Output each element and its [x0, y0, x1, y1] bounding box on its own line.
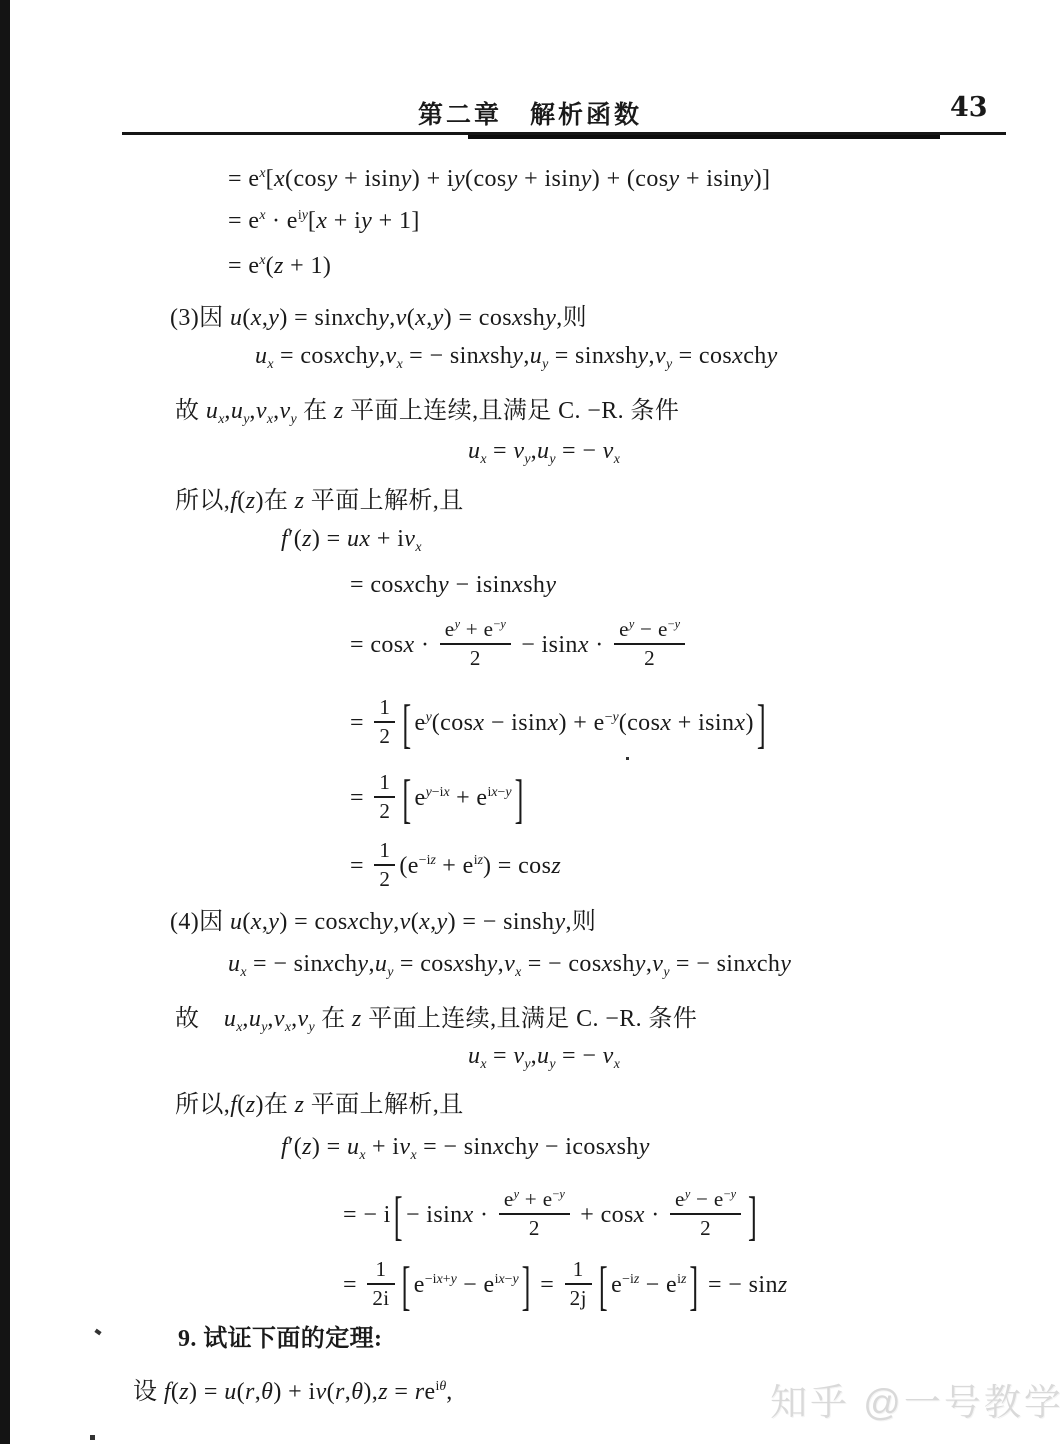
math-line-8: 所以,f(z)在 z 平面上解析,且 [175, 480, 464, 515]
math-line-22: = 12i[e−ix+y − eix−y] = 12j[e−iz − eiz] … [343, 1258, 788, 1309]
math-line-24: 设 f(z) = u(r,θ) + iv(r,θ),z = reiθ, [133, 1371, 453, 1406]
math-line-10: = cosxchy − isinxshy [350, 572, 556, 599]
scan-edge-strip [0, 0, 10, 1444]
scan-speck [626, 757, 629, 760]
math-line-3: = ex(z + 1) [228, 253, 331, 280]
math-line-11: = cosx · ey + e−y2 − isinx · ey − e−y2 [350, 618, 689, 669]
math-line-7: ux = vy,uy = − vx [468, 438, 620, 465]
math-line-19: 所以,f(z)在 z 平面上解析,且 [175, 1084, 464, 1119]
scanned-textbook-page: { "page": { "header": { "chapter_title":… [0, 0, 1060, 1444]
scan-speck [90, 1435, 95, 1440]
math-line-1: = ex[x(cosy + isiny) + iy(cosy + isiny) … [228, 166, 770, 193]
math-line-13: = 12[ey−ix + eix−y] [350, 771, 527, 822]
math-line-15: (4)因 u(x,y) = cosxchy,v(x,y) = − sinshy,… [170, 901, 596, 936]
chapter-heading: 第二章 解析函数 [0, 95, 1060, 131]
page-number: 43 [950, 92, 988, 123]
math-line-23: 9. 试证下面的定理: [178, 1318, 382, 1353]
math-line-6: 故 ux,uy,vx,vy 在 z 平面上连续,且满足 C. −R. 条件 [175, 390, 679, 425]
watermark: 知乎 @一号教学楼 [770, 1372, 1060, 1426]
math-line-16: ux = − sinxchy,uy = cosxshy,vx = − cosxs… [228, 951, 791, 978]
math-line-12: = 12[ey(cosx − isinx) + e−y(cosx + isinx… [350, 696, 769, 747]
math-line-21: = − i[− isinx · ey + e−y2 + cosx · ey − … [343, 1188, 760, 1239]
math-line-17: 故 ux,uy,vx,vy 在 z 平面上连续,且满足 C. −R. 条件 [175, 998, 697, 1033]
math-line-5: ux = cosxchy,vx = − sinxshy,uy = sinxshy… [255, 343, 778, 370]
math-line-18: ux = vy,uy = − vx [468, 1043, 620, 1070]
math-line-2: = ex · eiy[x + iy + 1] [228, 208, 420, 235]
header-rule-smudge [468, 135, 940, 139]
math-line-4: (3)因 u(x,y) = sinxchy,v(x,y) = cosxshy,则 [170, 297, 587, 332]
math-line-20: f′(z) = ux + ivx = − sinxchy − icosxshy [281, 1134, 650, 1161]
math-line-14: = 12(e−iz + eiz) = cosz [350, 839, 561, 890]
math-line-9: f′(z) = ux + ivx [281, 526, 422, 553]
scan-speck [94, 1329, 101, 1336]
